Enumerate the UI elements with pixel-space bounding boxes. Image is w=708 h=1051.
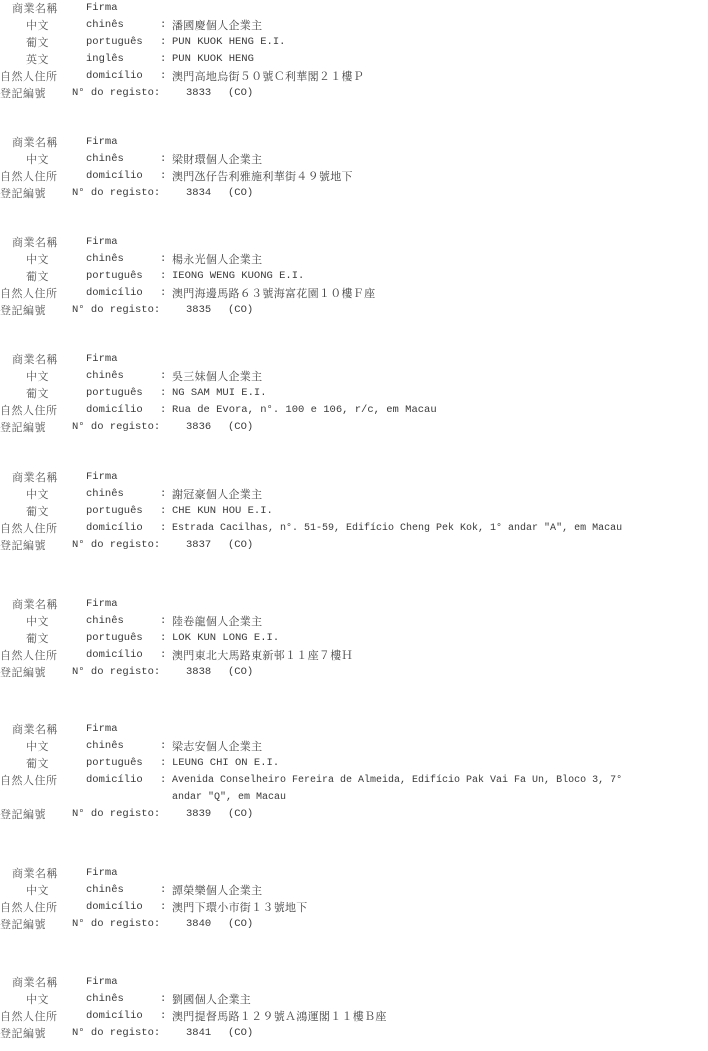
- chinese-name: 劉國個人企業主: [172, 991, 251, 1008]
- registry-entry: 商業名稱Firma 中文chinês:劉國個人企業主 自然人住所domicíli…: [0, 974, 708, 1042]
- firma-line: 商業名稱Firma: [0, 721, 708, 738]
- portuguese-name-line: 葡文português:LOK KUN LONG E.I.: [0, 630, 708, 647]
- colon: :: [160, 647, 166, 664]
- registry-entry: 商業名稱Firma 中文chinês:吳三妹個人企業主 葡文português:…: [0, 351, 708, 436]
- firma-label-zh: 商業名稱: [12, 721, 58, 738]
- portuguese-name-line: 葡文português:PUN KUOK HENG E.I.: [0, 34, 708, 51]
- domicile: Estrada Cacilhas, n°. 51-59, Edifício Ch…: [172, 520, 622, 537]
- english-name: PUN KUOK HENG: [172, 51, 254, 68]
- domicile-label-pt: domicílio: [86, 647, 143, 664]
- portuguese-label-zh: 葡文: [26, 34, 49, 51]
- registry-line: 登記編號N° do registo:3833(CO): [0, 85, 708, 102]
- firma-line: 商業名稱Firma: [0, 865, 708, 882]
- registry-line: 登記編號N° do registo:3836(CO): [0, 419, 708, 436]
- firma-label-zh: 商業名稱: [12, 469, 58, 486]
- domicile-label-zh: 自然人住所: [0, 1008, 58, 1025]
- domicile-label-zh: 自然人住所: [0, 899, 58, 916]
- chinese-label-zh: 中文: [26, 882, 49, 899]
- portuguese-label-pt: português: [86, 630, 143, 647]
- colon: :: [160, 738, 166, 755]
- domicile-line: 自然人住所domicílio:澳門東北大馬路東新邨１１座７樓Ｈ: [0, 647, 708, 664]
- chinese-name: 潘國慶個人企業主: [172, 17, 262, 34]
- colon: :: [160, 368, 166, 385]
- portuguese-name-line: 葡文português:LEUNG CHI ON E.I.: [0, 755, 708, 772]
- registry-entry: 商業名稱Firma 中文chinês:謝冠豪個人企業主 葡文português:…: [0, 469, 708, 554]
- domicile: Rua de Evora, n°. 100 e 106, r/c, em Mac…: [172, 402, 437, 419]
- chinese-label-pt: chinês: [86, 368, 124, 385]
- chinese-name-line: 中文chinês:劉國個人企業主: [0, 991, 708, 1008]
- registry-number: 3841: [186, 1025, 211, 1042]
- chinese-name-line: 中文chinês:梁志安個人企業主: [0, 738, 708, 755]
- domicile-label-pt: domicílio: [86, 520, 143, 537]
- domicile-label-zh: 自然人住所: [0, 772, 58, 789]
- firma-label-zh: 商業名稱: [12, 234, 58, 251]
- registry-label-pt: N° do registo:: [72, 1025, 160, 1042]
- domicile-label-pt: domicílio: [86, 285, 143, 302]
- colon: :: [160, 402, 166, 419]
- registry-label-zh: 登記編號: [0, 419, 46, 436]
- domicile-continuation: andar "Q", em Macau: [172, 789, 286, 806]
- domicile-label-pt: domicílio: [86, 899, 143, 916]
- domicile: 澳門高地烏街５０號Ｃ利華閣２１樓Ｐ: [172, 68, 364, 85]
- chinese-label-pt: chinês: [86, 738, 124, 755]
- domicile: 澳門氹仔告利雅施利華街４９號地下: [172, 168, 353, 185]
- chinese-label-pt: chinês: [86, 991, 124, 1008]
- portuguese-label-zh: 葡文: [26, 755, 49, 772]
- registry-code: (CO): [228, 419, 253, 436]
- english-label-zh: 英文: [26, 51, 49, 68]
- registry-line: 登記編號N° do registo:3834(CO): [0, 185, 708, 202]
- chinese-name-line: 中文chinês:梁財環個人企業主: [0, 151, 708, 168]
- chinese-label-pt: chinês: [86, 882, 124, 899]
- chinese-label-zh: 中文: [26, 991, 49, 1008]
- registry-label-pt: N° do registo:: [72, 664, 160, 681]
- domicile-label-pt: domicílio: [86, 68, 143, 85]
- colon: :: [160, 755, 166, 772]
- domicile-line: 自然人住所domicílio:澳門高地烏街５０號Ｃ利華閣２１樓Ｐ: [0, 68, 708, 85]
- firma-line: 商業名稱Firma: [0, 469, 708, 486]
- portuguese-label-zh: 葡文: [26, 268, 49, 285]
- portuguese-name: NG SAM MUI E.I.: [172, 385, 267, 402]
- registry-entry: 商業名稱Firma 中文chinês:梁志安個人企業主 葡文português:…: [0, 721, 708, 823]
- portuguese-label-zh: 葡文: [26, 385, 49, 402]
- domicile-label-pt: domicílio: [86, 168, 143, 185]
- chinese-label-zh: 中文: [26, 17, 49, 34]
- chinese-label-zh: 中文: [26, 151, 49, 168]
- firma-label-zh: 商業名稱: [12, 865, 58, 882]
- domicile: 澳門下環小市街１３號地下: [172, 899, 308, 916]
- registry-number: 3840: [186, 916, 211, 933]
- registry-code: (CO): [228, 537, 253, 554]
- colon: :: [160, 251, 166, 268]
- domicile-label-zh: 自然人住所: [0, 520, 58, 537]
- registry-entry: 商業名稱Firma 中文chinês:楊永光個人企業主 葡文português:…: [0, 234, 708, 319]
- colon: :: [160, 17, 166, 34]
- registry-number: 3836: [186, 419, 211, 436]
- chinese-label-pt: chinês: [86, 17, 124, 34]
- firma-label-pt: Firma: [86, 596, 118, 613]
- chinese-label-zh: 中文: [26, 613, 49, 630]
- registry-label-pt: N° do registo:: [72, 916, 160, 933]
- chinese-name-line: 中文chinês:楊永光個人企業主: [0, 251, 708, 268]
- portuguese-name: PUN KUOK HENG E.I.: [172, 34, 285, 51]
- firma-line: 商業名稱Firma: [0, 134, 708, 151]
- domicile: Avenida Conselheiro Fereira de Almeida, …: [172, 772, 622, 789]
- colon: :: [160, 385, 166, 402]
- firma-label-zh: 商業名稱: [12, 596, 58, 613]
- registry-line: 登記編號N° do registo:3835(CO): [0, 302, 708, 319]
- registry-number: 3838: [186, 664, 211, 681]
- registry-code: (CO): [228, 806, 253, 823]
- portuguese-label-pt: português: [86, 755, 143, 772]
- colon: :: [160, 772, 166, 789]
- registry-number: 3839: [186, 806, 211, 823]
- registry-entry: 商業名稱Firma 中文chinês:梁財環個人企業主 自然人住所domicíl…: [0, 134, 708, 202]
- registry-label-pt: N° do registo:: [72, 85, 160, 102]
- firma-label-pt: Firma: [86, 351, 118, 368]
- chinese-label-zh: 中文: [26, 251, 49, 268]
- chinese-label-zh: 中文: [26, 486, 49, 503]
- registry-label-pt: N° do registo:: [72, 537, 160, 554]
- domicile-label-pt: domicílio: [86, 402, 143, 419]
- portuguese-label-pt: português: [86, 385, 143, 402]
- registry-line: 登記編號N° do registo:3838(CO): [0, 664, 708, 681]
- firma-label-pt: Firma: [86, 865, 118, 882]
- portuguese-label-pt: português: [86, 268, 143, 285]
- registry-line: 登記編號N° do registo:3840(CO): [0, 916, 708, 933]
- colon: :: [160, 882, 166, 899]
- firma-label-pt: Firma: [86, 721, 118, 738]
- domicile-continuation-line: andar "Q", em Macau: [0, 789, 708, 806]
- portuguese-name-line: 葡文português:NG SAM MUI E.I.: [0, 385, 708, 402]
- colon: :: [160, 51, 166, 68]
- registry-number: 3835: [186, 302, 211, 319]
- domicile-label-zh: 自然人住所: [0, 402, 58, 419]
- firma-label-zh: 商業名稱: [12, 0, 58, 17]
- firma-line: 商業名稱Firma: [0, 974, 708, 991]
- colon: :: [160, 613, 166, 630]
- registry-label-zh: 登記編號: [0, 916, 46, 933]
- colon: :: [160, 34, 166, 51]
- registry-label-zh: 登記編號: [0, 537, 46, 554]
- chinese-name: 吳三妹個人企業主: [172, 368, 262, 385]
- firma-label-pt: Firma: [86, 469, 118, 486]
- portuguese-label-pt: português: [86, 503, 143, 520]
- registry-label-zh: 登記編號: [0, 302, 46, 319]
- domicile-label-zh: 自然人住所: [0, 285, 58, 302]
- chinese-label-pt: chinês: [86, 613, 124, 630]
- domicile-line: 自然人住所domicílio:Estrada Cacilhas, n°. 51-…: [0, 520, 708, 537]
- registry-number: 3834: [186, 185, 211, 202]
- portuguese-name: IEONG WENG KUONG E.I.: [172, 268, 304, 285]
- domicile: 澳門海邊馬路６３號海富花園１０樓Ｆ座: [172, 285, 375, 302]
- chinese-label-pt: chinês: [86, 251, 124, 268]
- domicile-label-pt: domicílio: [86, 772, 143, 789]
- domicile-line: 自然人住所domicílio:澳門下環小市街１３號地下: [0, 899, 708, 916]
- registry-label-zh: 登記編號: [0, 185, 46, 202]
- english-label-pt: inglês: [86, 51, 124, 68]
- chinese-name-line: 中文chinês:譚榮樂個人企業主: [0, 882, 708, 899]
- domicile: 澳門東北大馬路東新邨１１座７樓Ｈ: [172, 647, 353, 664]
- registry-number: 3833: [186, 85, 211, 102]
- chinese-name-line: 中文chinês:潘國慶個人企業主: [0, 17, 708, 34]
- chinese-name: 梁財環個人企業主: [172, 151, 262, 168]
- chinese-name-line: 中文chinês:吳三妹個人企業主: [0, 368, 708, 385]
- registry-code: (CO): [228, 85, 253, 102]
- colon: :: [160, 503, 166, 520]
- colon: :: [160, 151, 166, 168]
- colon: :: [160, 285, 166, 302]
- colon: :: [160, 520, 166, 537]
- registry-line: 登記編號N° do registo:3841(CO): [0, 1025, 708, 1042]
- firma-line: 商業名稱Firma: [0, 596, 708, 613]
- domicile-line: 自然人住所domicílio:澳門提督馬路１２９號Ａ鴻運閣１１樓Ｂ座: [0, 1008, 708, 1025]
- portuguese-name-line: 葡文português:CHE KUN HOU E.I.: [0, 503, 708, 520]
- firma-label-pt: Firma: [86, 134, 118, 151]
- colon: :: [160, 268, 166, 285]
- registry-entry: 商業名稱Firma 中文chinês:潘國慶個人企業主 葡文português:…: [0, 0, 708, 102]
- registry-label-zh: 登記編號: [0, 1025, 46, 1042]
- registry-label-pt: N° do registo:: [72, 419, 160, 436]
- colon: :: [160, 168, 166, 185]
- firma-label-pt: Firma: [86, 0, 118, 17]
- registry-code: (CO): [228, 664, 253, 681]
- portuguese-name: LOK KUN LONG E.I.: [172, 630, 279, 647]
- chinese-name: 梁志安個人企業主: [172, 738, 262, 755]
- registry-code: (CO): [228, 916, 253, 933]
- english-name-line: 英文inglês:PUN KUOK HENG: [0, 51, 708, 68]
- registry-entry: 商業名稱Firma 中文chinês:譚榮樂個人企業主 自然人住所domicíl…: [0, 865, 708, 933]
- portuguese-name: CHE KUN HOU E.I.: [172, 503, 273, 520]
- registry-number: 3837: [186, 537, 211, 554]
- colon: :: [160, 1008, 166, 1025]
- portuguese-name-line: 葡文português:IEONG WENG KUONG E.I.: [0, 268, 708, 285]
- portuguese-label-zh: 葡文: [26, 503, 49, 520]
- registry-code: (CO): [228, 1025, 253, 1042]
- chinese-label-pt: chinês: [86, 486, 124, 503]
- chinese-name: 譚榮樂個人企業主: [172, 882, 262, 899]
- registry-label-pt: N° do registo:: [72, 302, 160, 319]
- colon: :: [160, 68, 166, 85]
- colon: :: [160, 630, 166, 647]
- chinese-label-zh: 中文: [26, 738, 49, 755]
- domicile-line: 自然人住所domicílio:Rua de Evora, n°. 100 e 1…: [0, 402, 708, 419]
- firma-label-zh: 商業名稱: [12, 351, 58, 368]
- firma-line: 商業名稱Firma: [0, 0, 708, 17]
- portuguese-label-zh: 葡文: [26, 630, 49, 647]
- colon: :: [160, 991, 166, 1008]
- registry-line: 登記編號N° do registo:3839(CO): [0, 806, 708, 823]
- domicile-line: 自然人住所domicílio:澳門氹仔告利雅施利華街４９號地下: [0, 168, 708, 185]
- chinese-label-zh: 中文: [26, 368, 49, 385]
- chinese-name: 謝冠豪個人企業主: [172, 486, 262, 503]
- registry-line: 登記編號N° do registo:3837(CO): [0, 537, 708, 554]
- domicile-label-zh: 自然人住所: [0, 168, 58, 185]
- registry-label-pt: N° do registo:: [72, 185, 160, 202]
- chinese-name-line: 中文chinês:陸卷龍個人企業主: [0, 613, 708, 630]
- firma-label-pt: Firma: [86, 974, 118, 991]
- domicile-line: 自然人住所domicílio:澳門海邊馬路６３號海富花園１０樓Ｆ座: [0, 285, 708, 302]
- colon: :: [160, 899, 166, 916]
- firma-label-zh: 商業名稱: [12, 134, 58, 151]
- registry-label-zh: 登記編號: [0, 664, 46, 681]
- domicile-label-zh: 自然人住所: [0, 68, 58, 85]
- firma-line: 商業名稱Firma: [0, 234, 708, 251]
- chinese-name: 楊永光個人企業主: [172, 251, 262, 268]
- firma-line: 商業名稱Firma: [0, 351, 708, 368]
- portuguese-label-pt: português: [86, 34, 143, 51]
- firma-label-pt: Firma: [86, 234, 118, 251]
- registry-entry: 商業名稱Firma 中文chinês:陸卷龍個人企業主 葡文português:…: [0, 596, 708, 681]
- chinese-name: 陸卷龍個人企業主: [172, 613, 262, 630]
- domicile-label-pt: domicílio: [86, 1008, 143, 1025]
- domicile: 澳門提督馬路１２９號Ａ鴻運閣１１樓Ｂ座: [172, 1008, 387, 1025]
- firma-label-zh: 商業名稱: [12, 974, 58, 991]
- colon: :: [160, 486, 166, 503]
- chinese-name-line: 中文chinês:謝冠豪個人企業主: [0, 486, 708, 503]
- registry-label-zh: 登記編號: [0, 85, 46, 102]
- registry-code: (CO): [228, 302, 253, 319]
- domicile-label-zh: 自然人住所: [0, 647, 58, 664]
- registry-label-zh: 登記編號: [0, 806, 46, 823]
- domicile-line: 自然人住所domicílio:Avenida Conselheiro Ferei…: [0, 772, 708, 789]
- registry-label-pt: N° do registo:: [72, 806, 160, 823]
- portuguese-name: LEUNG CHI ON E.I.: [172, 755, 279, 772]
- chinese-label-pt: chinês: [86, 151, 124, 168]
- registry-code: (CO): [228, 185, 253, 202]
